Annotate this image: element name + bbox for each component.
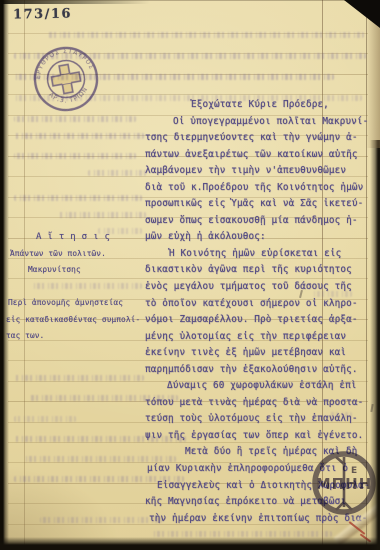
margin-note-line: Ἁπάντων τῶν πολιτῶν. [6,246,146,263]
bleedthrough-text-row [150,531,332,537]
body-line: τσης διερμηνεύοντες καὶ τὴν γνώμην ἁ- [145,130,377,147]
bleedthrough-text-row [40,517,162,523]
body-line: διὰ τοῦ κ.Προέδρου τῆς Κοινότητος ἡμῶν [145,180,377,197]
bleedthrough-text-row [14,153,136,159]
body-line: Οἱ ὑπογεγραμμένοι πολῖται Μακρυνί- [145,114,377,131]
margin-note-line: Μακρυνίτσης [6,262,146,279]
margin-note-line: Αἴτησις [6,229,146,246]
body-line: πάντων ἀνεξαιρέτως τῶν κατοίκων αὐτῆς [145,147,377,164]
body-line: παρημπόδισαν τὴν ἐξακολούθησιν αὐτῆς. [145,362,377,379]
margin-note-line: Περὶ ἀπονομῆς ἀμνηστείας [6,295,146,312]
body-line: ἑνὸς μεγάλου τμήματος τοῦ δάσους τῆς [145,279,377,296]
bleedthrough-text-row [88,170,146,176]
body-line: μῶν εὐχὴ ἡ ἀκόλουθος: [145,229,377,246]
body-line: Δύναμις 60 χωροφυλάκων ἐστάλη ἐπὶ [145,378,377,395]
body-line: Ἐξοχώτατε Κύριε Πρόεδρε, [145,97,377,114]
reference-number: 173/16 [13,6,72,22]
archive-stamp: ΜΠΗΗ Ε [305,444,380,522]
bleedthrough-text-row [14,416,76,422]
body-line: νόμοι Ζαμσαρέλλου. Πρὸ τριετίας ἀρξα- [145,312,377,329]
archive-stamp-monogram: ΜΠΗΗ [316,475,373,493]
bleedthrough-text-row [14,133,144,139]
torn-corner-shadow [344,0,380,28]
body-line: Ἡ Κοινότης ἡμῶν εὑρίσκεται εἰς [145,246,377,263]
margin-note-line [6,279,146,296]
body-line: τόπου μετὰ τινὰς ἡμέρας διὰ νὰ προστα- [145,395,377,412]
body-line: τεύσῃ τοὺς ὑλοτόμους εἰς τὴν ἐπανάλη- [145,411,377,428]
body-line: ἐκείνην τινὲς ἐξ ἡμῶν μετέβησαν καὶ [145,345,377,362]
red-cross-seal-stamp: ΕΡΥΘΡΟΣ ΣΤΑΥΡΟΣ ΑΡ.3. ΤΡΙΩΝ [20,33,113,126]
bleedthrough-text-row [14,195,142,201]
margin-note-line: εἰς καταδικασθέντας συμπολί- [6,312,146,329]
cross-icon [50,63,82,95]
body-line: δικαστικὸν ἀγῶνα περὶ τῆς κυριότητος [145,262,377,279]
bleedthrough-text-row [58,212,146,218]
margin-note-line: τας των. [6,328,146,345]
margin-note: ΑἴτησιςἉπάντων τῶν πολιτῶν.ΜακρυνίτσηςΠε… [6,229,146,345]
ruled-line [8,544,368,545]
body-line: λαμβάνομεν τὴν τιμὴν ν'ἀπευθυνθῶμεν [145,163,377,180]
scan-edge-shadow-top [0,0,150,4]
body-line: τὸ ὁποῖον κατέχουσι σήμερον οἱ κληρο- [145,296,377,313]
body-line: μένης ὑλοτομίας εἰς τὴν περιφέρειαν [145,329,377,346]
body-line: σωμεν ὅπως εἰσακουσθῇ μία πάνδημος ἡ- [145,213,377,230]
body-line: ψιν τῆς ἐργασίας των ὅπερ καὶ ἐγένετο. [145,428,377,445]
archive-stamp-top-letter: Ε [351,466,357,476]
body-line: προσωπικῶς εἰς Ὑμᾶς καὶ νὰ Σᾶς ἱκετεύ- [145,196,377,213]
bleedthrough-text-row [14,375,144,381]
scanned-document-page: 173/16 ΕΡΥΘΡΟΣ ΣΤΑΥΡΟΣ ΑΡ.3. ΤΡΙΩΝ Αἴτησ… [0,0,380,550]
